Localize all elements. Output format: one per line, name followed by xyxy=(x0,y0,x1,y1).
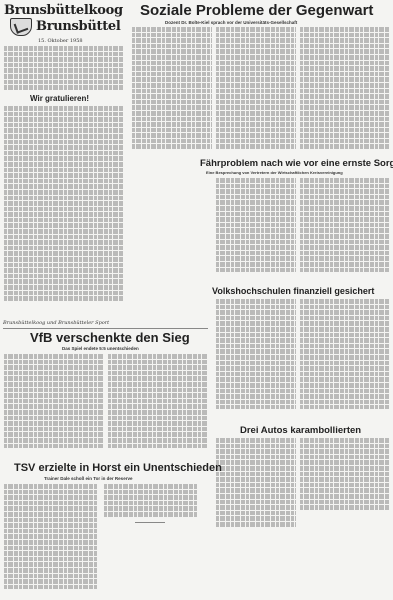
subheadline-tsv: Trainer Dale schoß ein Tor in der Reserv… xyxy=(44,476,132,481)
headline-soziale-probleme: Soziale Probleme der Gegenwart xyxy=(140,2,373,19)
soziale-col-2 xyxy=(216,27,296,152)
soziale-col-1 xyxy=(132,27,212,152)
gratulieren-text xyxy=(4,106,124,301)
sidebar-tagesparole-text xyxy=(4,46,124,92)
masthead-title-line1: Brunsbüttelkoog xyxy=(4,3,123,18)
headline-drei-autos: Drei Autos karambollierten xyxy=(240,425,361,436)
soziale-col-3 xyxy=(300,27,389,152)
tsv-col-1 xyxy=(4,484,98,592)
subheadline-soziale-probleme: Dozent Dr. Bolte-Kiel sprach vor der Uni… xyxy=(165,20,297,25)
faehre-col-1 xyxy=(216,178,296,274)
vhs-col-1 xyxy=(216,299,296,409)
vhs-col-2 xyxy=(300,299,389,409)
faehre-col-2 xyxy=(300,178,389,274)
headline-vfb: VfB verschenkte den Sieg xyxy=(30,330,190,345)
headline-tsv: TSV erzielte in Horst ein Unentschieden xyxy=(14,462,222,474)
headline-volkshochschulen: Volkshochschulen finanziell gesichert xyxy=(212,286,374,296)
masthead-title-line2: Brunsbüttel xyxy=(36,19,121,34)
article-end-rule xyxy=(135,522,165,523)
section-rule xyxy=(3,328,208,329)
section-banner: Brunsbüttelkoog und Brunsbütteler Sport xyxy=(3,320,109,326)
autos-col-2 xyxy=(300,438,389,513)
headline-faehrproblem: Fährproblem nach wie vor eine ernste Sor… xyxy=(200,158,393,169)
tsv-col-2 xyxy=(104,484,198,518)
autos-col-1 xyxy=(216,438,296,528)
subheadline-vfb: Das Spiel endete 5:5 unentschieden xyxy=(62,346,139,351)
vfb-col-2 xyxy=(108,354,208,450)
coat-of-arms-icon xyxy=(10,18,32,36)
vfb-col-1 xyxy=(4,354,104,450)
issue-date: 15. Oktober 1958 xyxy=(38,38,83,44)
headline-wir-gratulieren: Wir gratulieren! xyxy=(30,94,89,103)
subheadline-faehrproblem: Eine Besprechung von Vertretern der Wirt… xyxy=(206,170,343,175)
